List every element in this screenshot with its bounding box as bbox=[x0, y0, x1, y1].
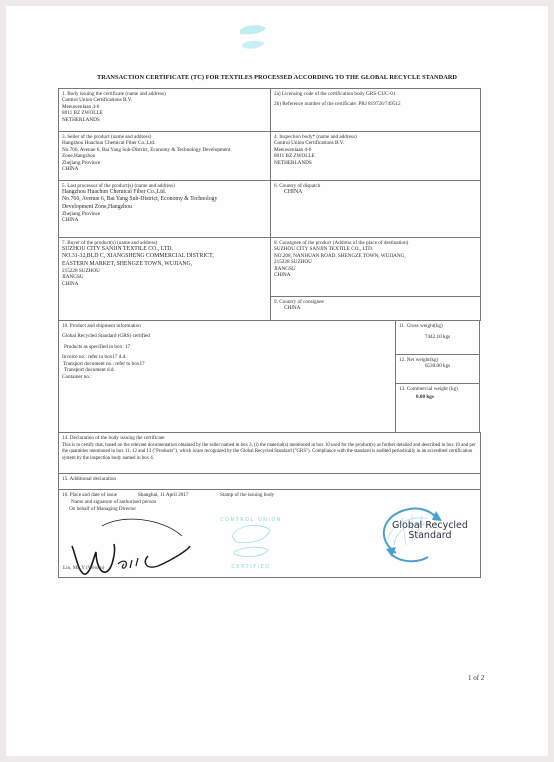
box-16-signature-label: Name and signature of authorised person bbox=[71, 499, 156, 506]
box-7-line: JIANGSU bbox=[62, 274, 267, 281]
svg-text:CONTROL UNION: CONTROL UNION bbox=[220, 517, 282, 523]
box-9-label: 9. Country of consignee bbox=[274, 299, 477, 306]
box-6-value: CHINA bbox=[274, 189, 477, 196]
box-7-line: SUZHOU CITY SANJIN TEXTILE CO., LTD. bbox=[62, 246, 267, 253]
box-4-line: NETHERLANDS bbox=[274, 160, 477, 167]
box-10-transport-no: Transport document no.: refer to box17 bbox=[62, 361, 392, 368]
signer-name: Lin, Mr. Y (Wenlin) bbox=[63, 565, 104, 571]
document-title: TRANSACTION CERTIFICATE (TC) FOR TEXTILE… bbox=[0, 74, 554, 81]
control-union-stamp-icon: CONTROL UNION CERTIFIED bbox=[212, 512, 290, 570]
box-13-value: 0.00 kgs bbox=[399, 394, 476, 401]
box-16-place-date: Shanghai, 11 April 2017 bbox=[138, 492, 189, 499]
svg-text:CERTIFIED: CERTIFIED bbox=[231, 564, 270, 570]
box-14-text: This is to certify that, based on the re… bbox=[62, 443, 477, 462]
box-10-products: Products as specified in box: 17 bbox=[62, 344, 392, 351]
box-11-gross-weight: 11. Gross weight(kg) 7442.10 kgs bbox=[395, 320, 480, 355]
box-12-label: 12. Net weight(kg) bbox=[399, 357, 476, 364]
box-14-label: 14. Declaration of the body issuing the … bbox=[62, 435, 477, 442]
box-2a-licensing-code: 2a) Licensing code of the certification … bbox=[274, 91, 477, 98]
box-3-label: 3. Seller of the product (name and addre… bbox=[62, 134, 267, 141]
box-5-line: Hangzhou Huachun Chemical Fiber Co.,Ltd. bbox=[62, 189, 267, 196]
box-10-product-shipment: 10. Product and shipment information Glo… bbox=[58, 320, 396, 433]
box-3-line: CHINA bbox=[62, 166, 267, 173]
signature-icon bbox=[62, 516, 192, 586]
box-10-label: 10. Product and shipment information bbox=[62, 323, 392, 330]
box-10-container: Container no.: bbox=[62, 374, 392, 381]
box-10-certified: Global Recycled Standard (GRS) certified bbox=[62, 333, 392, 340]
box-4-line: Control Union Certifications B.V. bbox=[274, 140, 477, 147]
page-indicator: 1 of 2 bbox=[468, 674, 484, 682]
box-5-label: 5. Last processor of the product(s) (nam… bbox=[62, 183, 267, 190]
box-16-stamp-label: Stamp of the issuing body bbox=[220, 492, 274, 499]
box-5-line: Zhejiang Province bbox=[62, 211, 267, 218]
box-5-line: Development Zone,Hangzhou bbox=[62, 204, 267, 211]
box-8-line: CHINA bbox=[274, 272, 477, 279]
box-1-line: 8011 BZ ZWOLLE bbox=[62, 110, 267, 117]
box-12-value: 6530.00 kgs bbox=[399, 363, 476, 370]
control-union-logo-icon bbox=[238, 22, 268, 54]
box-8-line: 215228 SUZHOU bbox=[274, 259, 477, 266]
box-14-declaration: 14. Declaration of the body issuing the … bbox=[58, 432, 481, 474]
box-7-buyer: 7. Buyer of the product(s) (name and add… bbox=[58, 237, 271, 321]
box-8-line: SUZHOU CITY SANJIN TEXTILE CO., LTD. bbox=[274, 246, 477, 253]
box-7-label: 7. Buyer of the product(s) (name and add… bbox=[62, 240, 267, 247]
box-4-line: Meeuwenlaan 4-6 bbox=[274, 147, 477, 154]
box-3-seller: 3. Seller of the product (name and addre… bbox=[58, 131, 271, 181]
box-7-line: NO.31-32,BLD C, XIANGSHENG COMMERCIAL DI… bbox=[62, 253, 267, 260]
box-8-label: 8. Consignee of the product (Address of … bbox=[274, 240, 477, 247]
box-1-line: Meeuwenlaan 4-6 bbox=[62, 104, 267, 111]
box-5-line: No.766, Avenue 6, Bai Yang Sub-District,… bbox=[62, 196, 267, 203]
box-4-line: 8011 BZ ZWOLLE bbox=[274, 153, 477, 160]
box-15-label: 15. Additional declaration bbox=[62, 476, 477, 483]
box-3-line: Zone,Hangzhou bbox=[62, 153, 267, 160]
box-6-label: 6. Country of dispatch bbox=[274, 183, 477, 190]
box-13-label: 13. Commercial weight (kg) bbox=[399, 386, 476, 393]
box-3-line: Zhejiang Province bbox=[62, 160, 267, 167]
box-2-licensing: 2a) Licensing code of the certification … bbox=[270, 88, 481, 132]
box-13-commercial-weight: 13. Commercial weight (kg) 0.00 kgs bbox=[395, 383, 480, 433]
box-12-net-weight: 12. Net weight(kg) 6530.00 kgs bbox=[395, 354, 480, 384]
box-7-line: CHINA bbox=[62, 281, 267, 288]
box-8-line: JIANGSU bbox=[274, 266, 477, 273]
grs-logo-line-2: Standard bbox=[392, 531, 468, 541]
box-1-line: Control Union Certifications B.V. bbox=[62, 97, 267, 104]
box-2b-reference-number: 2b) Reference number of the certificate:… bbox=[274, 101, 477, 108]
box-1-issuing-body: 1. Body issuing the certificate (name an… bbox=[58, 88, 271, 132]
box-4-inspection-body: 4. Inspection body* (name and address) C… bbox=[270, 131, 481, 181]
box-8-line: NO.208, NANHUAN ROAD, SHENGZE TOWN, WUJI… bbox=[274, 253, 477, 260]
box-16-label: 16. Place and date of issue bbox=[62, 492, 117, 499]
box-16-on-behalf: On behalf of Managing Director bbox=[69, 506, 136, 513]
box-15-additional-declaration: 15. Additional declaration bbox=[58, 473, 481, 490]
box-10-transport-dd: Transport document d.d. bbox=[62, 367, 392, 374]
grs-logo-text: Global Recycled Standard bbox=[392, 521, 468, 541]
box-5-last-processor: 5. Last processor of the product(s) (nam… bbox=[58, 180, 271, 238]
box-9-country-consignee: 9. Country of consignee CHINA bbox=[270, 296, 481, 321]
box-7-line: 215228 SUZHOU bbox=[62, 268, 267, 275]
box-6-country-dispatch: 6. Country of dispatch CHINA bbox=[270, 180, 481, 238]
box-5-line: CHINA bbox=[62, 217, 267, 224]
box-11-value: 7442.10 kgs bbox=[399, 334, 476, 341]
box-7-line: EASTERN MARKET, SHENGZE TOWN, WUJIANG, bbox=[62, 261, 267, 268]
box-10-invoice: Invoice no.: refer to box17 d.d. bbox=[62, 354, 392, 361]
box-3-line: Hangzhou Huachun Chemical Fiber Co.,Ltd. bbox=[62, 140, 267, 147]
box-9-value: CHINA bbox=[274, 305, 477, 312]
box-11-label: 11. Gross weight(kg) bbox=[399, 323, 476, 330]
box-3-line: No.766, Avenue 6, Bai Yang Sub-District,… bbox=[62, 147, 267, 154]
box-8-consignee: 8. Consignee of the product (Address of … bbox=[270, 237, 481, 297]
box-1-line: NETHERLANDS bbox=[62, 117, 267, 124]
